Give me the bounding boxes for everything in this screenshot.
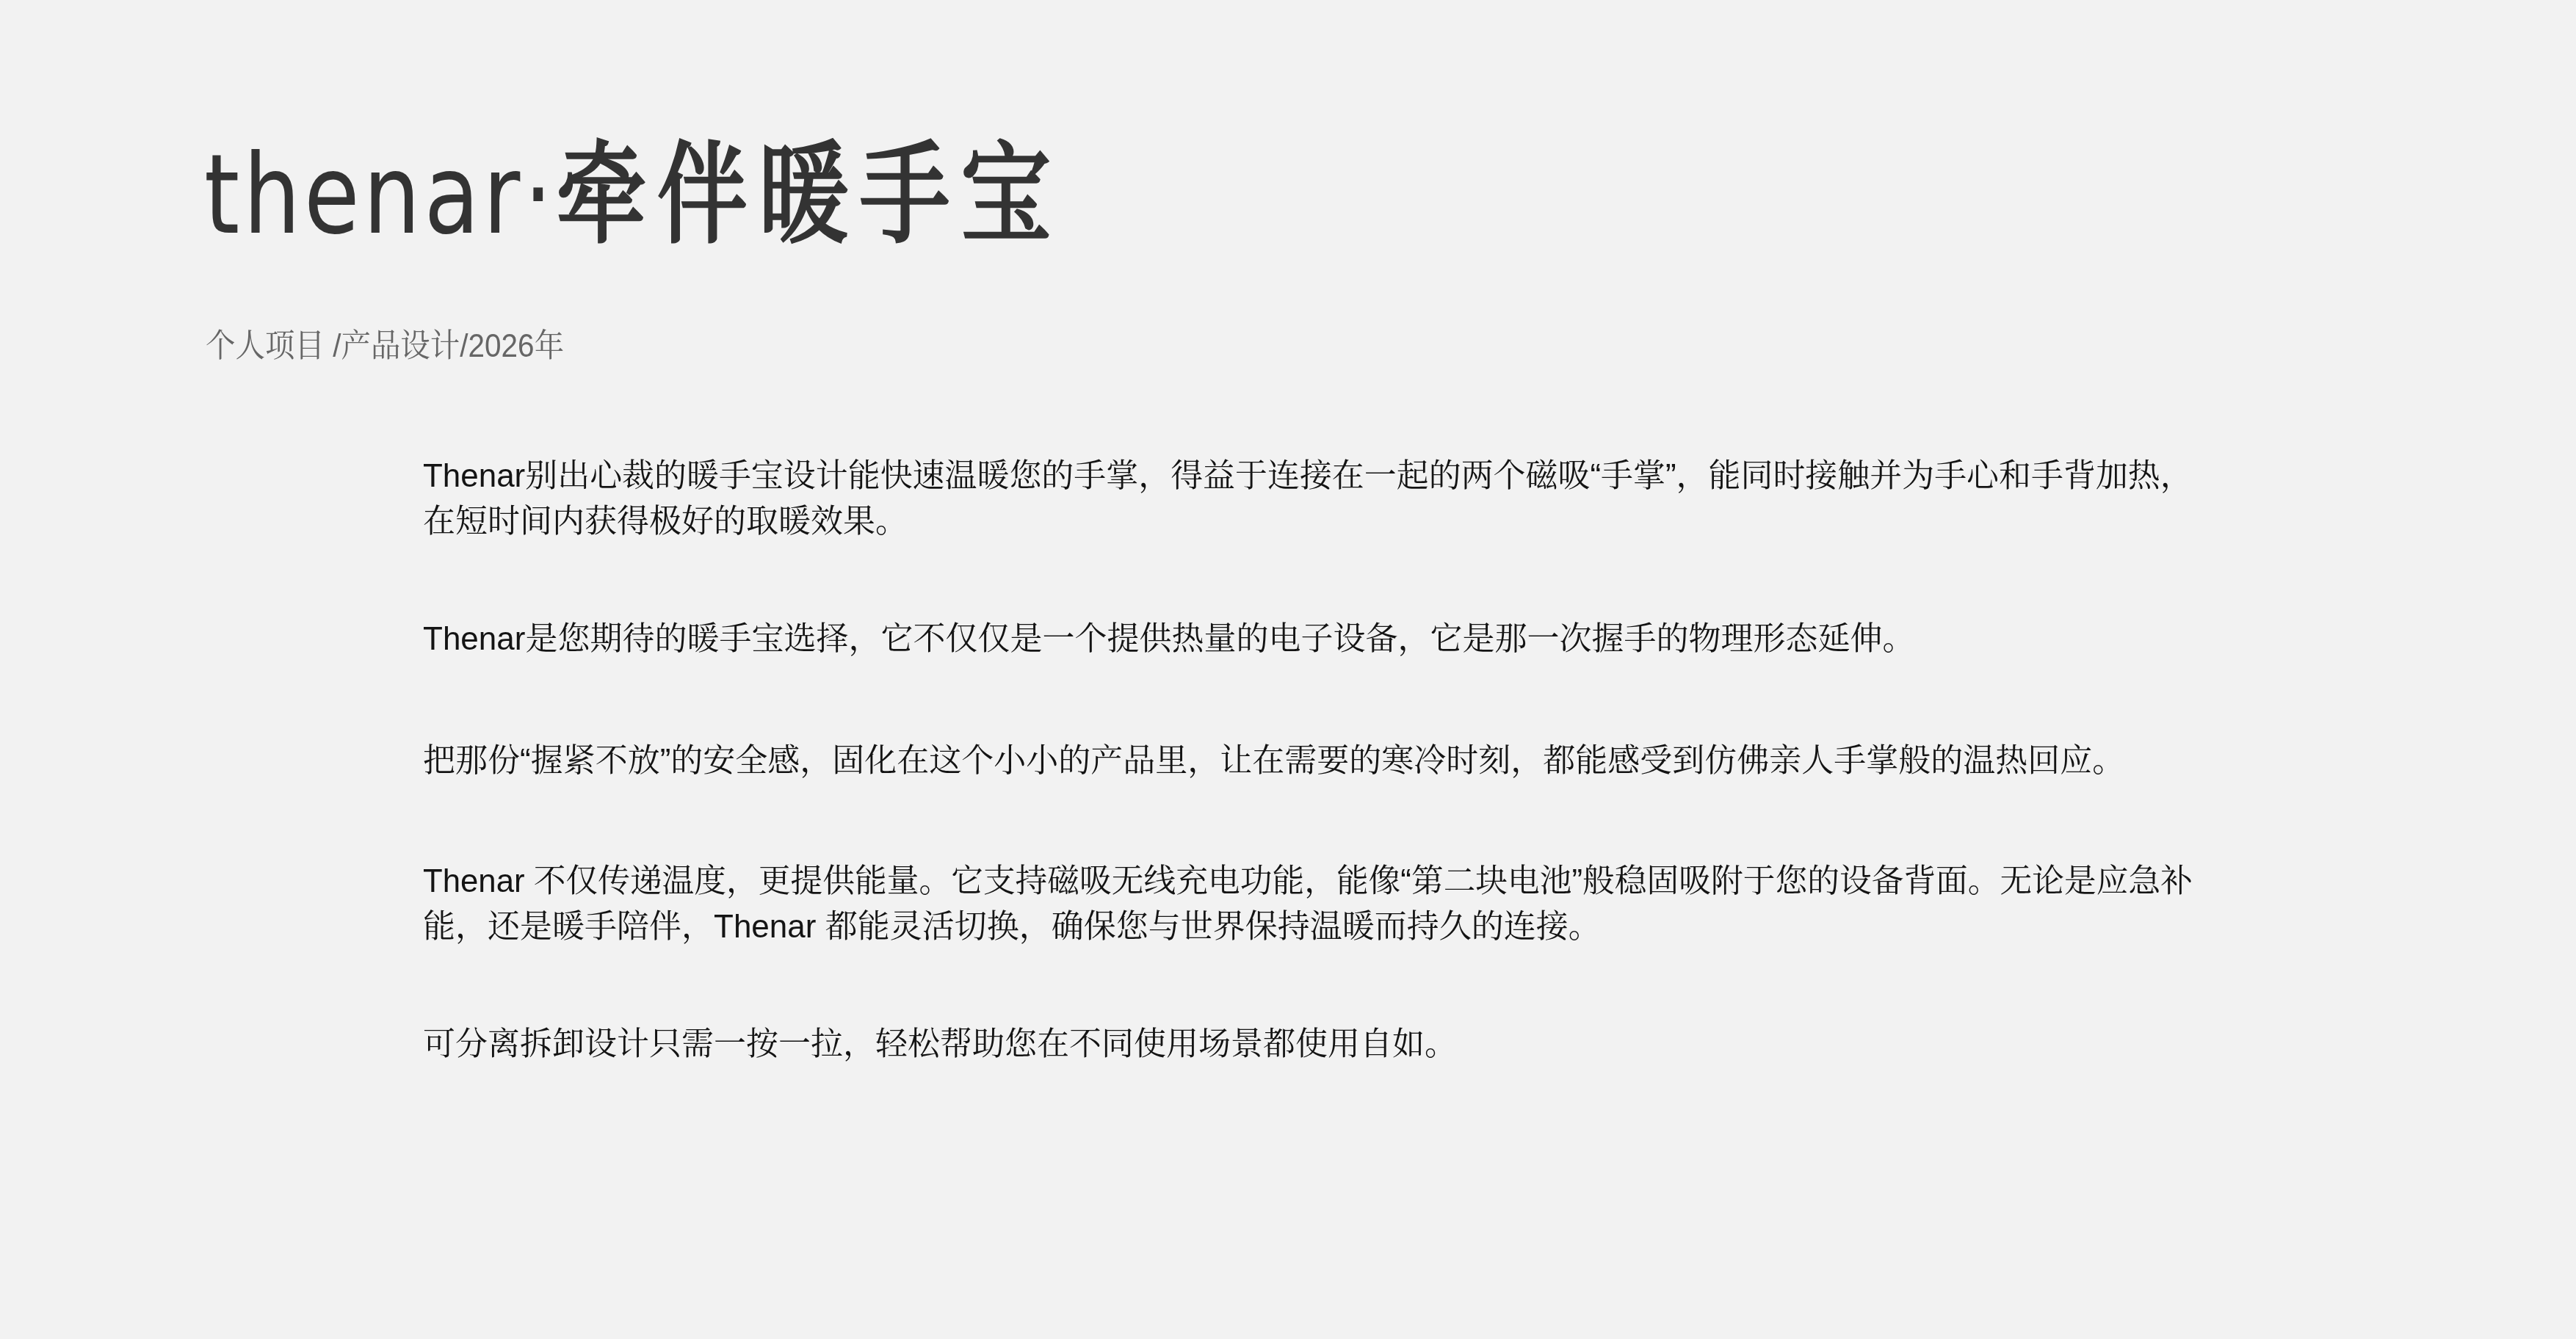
title-latin: thenar xyxy=(204,131,524,259)
paragraph-line: 在短时间内获得极好的取暖效果。 xyxy=(423,499,2195,545)
paragraph-intro: Thenar别出心裁的暖手宝设计能快速温暖您的手掌，得益于连接在一起的两个磁吸“… xyxy=(423,454,2195,545)
paragraph-choice: Thenar是您期待的暖手宝选择，它不仅仅是一个提供热量的电子设备，它是那一次握… xyxy=(423,617,1914,662)
paragraph-line: 可分离拆卸设计只需一按一拉，轻松帮助您在不同使用场景都使用自如。 xyxy=(423,1022,1457,1067)
title-separator: · xyxy=(524,131,556,259)
paragraph-detachable: 可分离拆卸设计只需一按一拉，轻松帮助您在不同使用场景都使用自如。 xyxy=(423,1022,1457,1067)
paragraph-line: Thenar别出心裁的暖手宝设计能快速温暖您的手掌，得益于连接在一起的两个磁吸“… xyxy=(423,454,2193,499)
title-chinese: 牵伴暖手宝 xyxy=(556,131,1062,259)
paragraph-line: 能，还是暖手陪伴，Thenar 都能灵活切换，确保您与世界保持温暖而持久的连接。 xyxy=(423,904,2204,950)
page-title: thenar·牵伴暖手宝 xyxy=(204,129,1062,261)
paragraph-line: Thenar 不仅传递温度，更提供能量。它支持磁吸无线充电功能，能像“第二块电池… xyxy=(423,859,2193,904)
paragraph-wireless-charging: Thenar 不仅传递温度，更提供能量。它支持磁吸无线充电功能，能像“第二块电池… xyxy=(423,859,2204,950)
paragraph-security: 把那份“握紧不放”的安全感，固化在这个小小的产品里，让在需要的寒冷时刻，都能感受… xyxy=(423,739,2124,784)
paragraph-line: Thenar是您期待的暖手宝选择，它不仅仅是一个提供热量的电子设备，它是那一次握… xyxy=(423,617,1914,662)
project-meta-subtitle: 个人项目 /产品设计/2026年 xyxy=(206,324,564,369)
paragraph-line: 把那份“握紧不放”的安全感，固化在这个小小的产品里，让在需要的寒冷时刻，都能感受… xyxy=(423,739,2124,784)
